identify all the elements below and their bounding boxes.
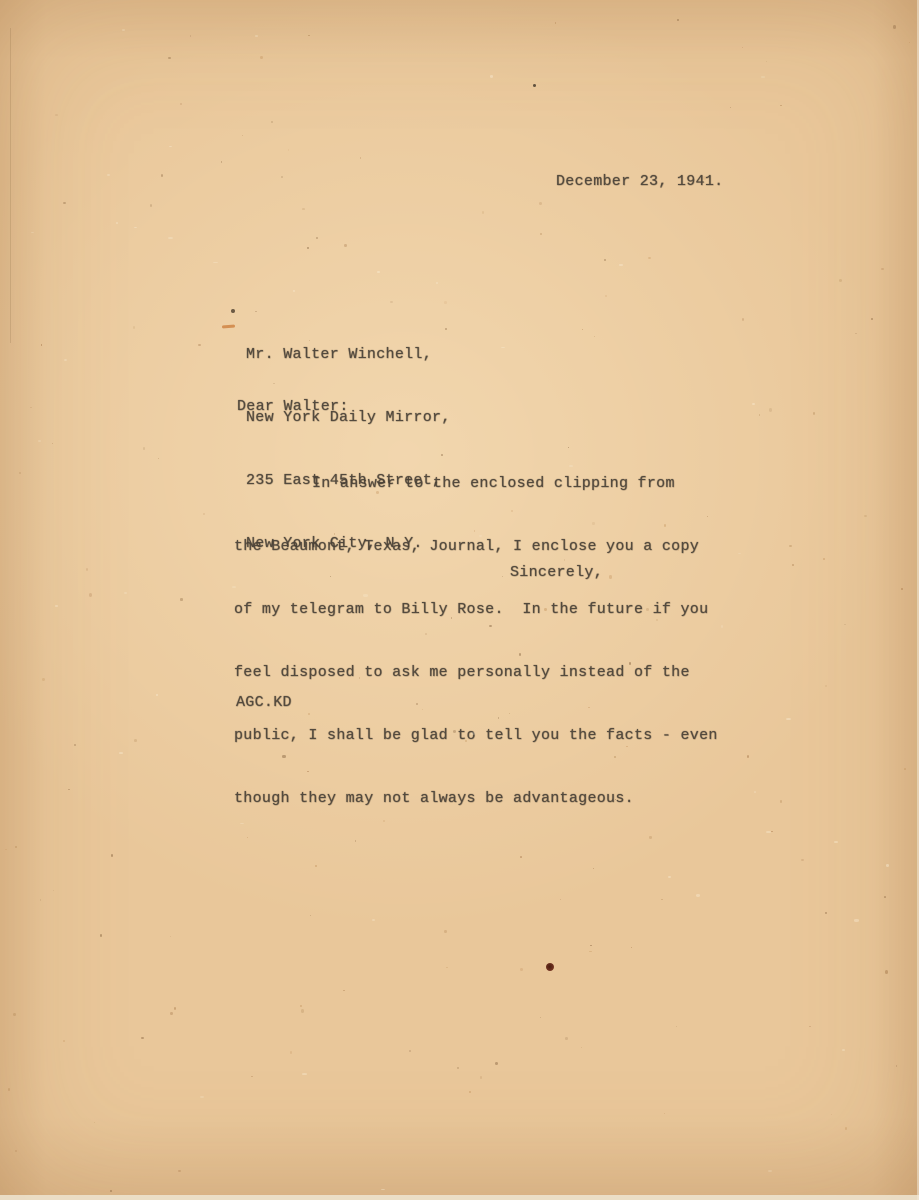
paper-speck: [845, 1127, 848, 1129]
paper-fiber: [38, 440, 41, 442]
paper-speck: [565, 1037, 567, 1040]
paper-speck: [581, 1047, 582, 1048]
paper-speck: [307, 247, 308, 248]
paper-speck: [242, 135, 244, 137]
orange-pencil-mark: [222, 325, 235, 329]
letter-page: December 23, 1941. Mr. Walter Winchell, …: [0, 0, 919, 1200]
paper-speck: [158, 458, 159, 459]
paper-speck: [260, 56, 263, 59]
paper-speck: [555, 22, 557, 23]
paper-speck: [593, 868, 594, 869]
paper-speck: [520, 968, 523, 971]
paper-speck: [300, 1005, 302, 1008]
paper-speck: [885, 970, 888, 974]
paper-speck: [198, 344, 200, 346]
paper-speck: [469, 1091, 471, 1094]
paper-speck: [86, 568, 89, 571]
paper-speck: [766, 61, 767, 62]
paper-speck: [648, 257, 651, 259]
paper-speck: [560, 899, 561, 901]
paper-speck: [446, 967, 447, 969]
paper-speck: [55, 114, 58, 116]
paper-speck: [360, 157, 362, 159]
scan-edge-bottom: [0, 1195, 919, 1200]
paper-fiber: [64, 359, 67, 361]
paper-speck: [605, 295, 607, 297]
ink-blot-mark: [546, 963, 554, 971]
letter-date: December 23, 1941.: [556, 171, 723, 192]
paper-fiber: [721, 625, 723, 627]
paper-fiber: [122, 29, 125, 31]
paper-fiber: [768, 1170, 772, 1172]
paper-speck: [190, 35, 192, 37]
closing: Sincerely,: [510, 562, 603, 583]
paper-speck: [134, 739, 137, 742]
paper-speck: [19, 472, 21, 474]
letter-body: In answer to the enclosed clipping from …: [234, 431, 718, 851]
paper-fiber: [738, 553, 741, 554]
paper-speck: [590, 945, 592, 946]
paper-fiber: [696, 894, 700, 896]
body-line: of my telegram to Billy Rose. In the fut…: [234, 599, 718, 620]
typist-initials: AGC.KD: [236, 692, 292, 713]
paper-speck: [301, 1009, 304, 1012]
paper-speck: [174, 1007, 176, 1010]
paper-speck: [52, 443, 53, 444]
paper-speck: [825, 685, 827, 686]
paper-speck: [839, 279, 842, 282]
paper-speck: [747, 755, 750, 758]
paper-speck: [604, 259, 606, 261]
paper-speck: [168, 57, 170, 59]
paper-fiber: [156, 694, 159, 695]
paper-speck: [661, 899, 663, 900]
paper-speck: [288, 149, 289, 151]
paper-speck: [457, 1067, 459, 1069]
paper-speck: [310, 915, 311, 916]
paper-crease: [10, 28, 11, 343]
paper-speck: [539, 202, 542, 205]
paper-speck: [5, 849, 7, 851]
paper-speck: [881, 268, 884, 271]
paper-speck: [904, 768, 905, 770]
paper-speck: [41, 344, 43, 346]
paper-fiber: [124, 592, 127, 594]
paper-speck: [178, 1170, 180, 1172]
paper-fiber: [886, 864, 889, 866]
paper-fiber: [302, 1073, 307, 1075]
paper-fiber: [854, 919, 858, 921]
paper-fiber: [31, 232, 34, 233]
paper-speck: [589, 951, 591, 953]
paper-speck: [281, 176, 283, 178]
paper-speck: [221, 161, 222, 163]
paper-speck: [170, 1012, 173, 1015]
paper-speck: [771, 831, 773, 833]
paper-fiber: [834, 841, 837, 843]
paper-fiber: [377, 271, 380, 272]
paper-speck: [180, 598, 183, 600]
paper-speck: [480, 1076, 482, 1078]
paper-speck: [111, 854, 113, 856]
paper-speck: [664, 1113, 665, 1114]
paper-speck: [133, 326, 135, 328]
body-line: feel disposed to ask me personally inste…: [234, 662, 718, 683]
paper-speck: [631, 947, 632, 948]
paper-fiber: [55, 605, 58, 606]
paper-speck: [302, 208, 304, 210]
paper-speck: [742, 318, 745, 321]
paper-speck: [308, 35, 310, 36]
paper-speck: [676, 1026, 677, 1027]
paper-speck: [161, 174, 163, 177]
paper-fiber: [293, 290, 296, 292]
paper-fiber: [668, 876, 671, 878]
paper-speck: [594, 336, 595, 337]
paper-fiber: [786, 718, 791, 720]
paper-speck: [251, 1076, 253, 1077]
paper-fiber: [436, 282, 438, 284]
paper-fiber: [255, 35, 259, 37]
paper-speck: [315, 865, 317, 867]
paper-fiber: [842, 1049, 845, 1051]
paper-fiber: [754, 791, 756, 793]
paper-speck: [495, 1062, 498, 1065]
paper-speck: [290, 1051, 292, 1053]
paper-speck: [792, 564, 794, 566]
paper-speck: [871, 318, 872, 320]
paper-fiber: [107, 174, 111, 176]
paper-speck: [444, 930, 447, 934]
paper-speck: [13, 1013, 16, 1016]
paper-speck: [844, 624, 846, 626]
paper-fiber: [381, 1189, 386, 1190]
paper-speck: [68, 789, 70, 790]
paper-speck: [15, 1150, 17, 1152]
paper-fiber: [761, 76, 766, 78]
paper-speck: [180, 103, 182, 105]
paper-speck: [89, 593, 92, 597]
paper-speck: [901, 588, 903, 590]
paper-speck: [343, 990, 344, 991]
paper-fiber: [213, 262, 218, 263]
paper-fiber: [619, 264, 623, 265]
paper-speck: [170, 936, 172, 937]
paper-speck: [40, 899, 41, 901]
paper-fiber: [766, 831, 770, 833]
paper-speck: [30, 407, 31, 408]
paper-speck: [893, 25, 896, 28]
paper-speck: [864, 515, 867, 517]
paper-speck: [831, 1114, 832, 1115]
paper-speck: [482, 211, 484, 214]
paper-fiber: [372, 919, 375, 921]
paper-speck: [15, 846, 17, 848]
paper-speck: [316, 237, 318, 239]
paper-speck: [271, 121, 273, 123]
paper-speck: [150, 204, 152, 207]
paper-speck: [677, 19, 679, 21]
paper-speck: [909, 42, 910, 43]
body-line: public, I shall be glad to tell you the …: [234, 725, 718, 746]
paper-speck: [8, 1088, 11, 1091]
paper-speck: [74, 744, 76, 746]
paper-speck: [769, 408, 772, 411]
paper-speck: [730, 107, 732, 108]
paper-speck: [896, 1065, 898, 1067]
paper-speck: [94, 1122, 95, 1123]
paper-speck: [540, 1017, 541, 1018]
paper-speck: [100, 934, 102, 936]
paper-speck: [855, 333, 856, 334]
paper-speck: [53, 890, 54, 891]
pencil-dot-mark: [231, 309, 235, 313]
body-line: In answer to the enclosed clipping from: [234, 473, 718, 494]
paper-fiber: [134, 227, 137, 228]
paper-fiber: [116, 222, 118, 224]
paper-speck: [884, 896, 886, 898]
paper-fiber: [119, 752, 123, 754]
paper-speck: [520, 856, 522, 858]
paper-fiber: [490, 75, 493, 77]
paper-speck: [582, 329, 584, 331]
paper-speck: [759, 414, 760, 416]
paper-fiber: [169, 146, 173, 147]
paper-speck: [141, 1037, 144, 1040]
paper-speck: [63, 202, 66, 204]
paper-speck: [42, 678, 45, 681]
paper-speck: [110, 1190, 112, 1193]
paper-speck: [823, 558, 825, 560]
paper-speck: [789, 545, 792, 547]
paper-speck: [801, 859, 804, 861]
salutation: Dear Walter:: [237, 396, 349, 417]
paper-speck: [203, 513, 205, 515]
paper-speck: [825, 912, 827, 914]
recipient-line: Mr. Walter Winchell,: [246, 344, 451, 365]
paper-speck: [809, 1026, 810, 1027]
body-line: the Beaumont, Texas, Journal, I enclose …: [234, 536, 718, 557]
paper-fiber: [501, 347, 505, 349]
paper-speck: [780, 105, 782, 107]
paper-speck: [63, 1040, 64, 1042]
paper-speck: [540, 233, 542, 235]
paper-speck: [143, 447, 145, 449]
paper-speck: [344, 244, 347, 247]
dark-fleck-mark: [533, 84, 536, 87]
paper-speck: [409, 1050, 411, 1052]
paper-fiber: [200, 1096, 203, 1098]
paper-speck: [742, 47, 743, 48]
body-line: though they may not always be advantageo…: [234, 788, 718, 809]
paper-speck: [813, 412, 815, 415]
paper-fiber: [752, 403, 754, 405]
paper-speck: [780, 800, 782, 802]
paper-fiber: [168, 237, 173, 239]
